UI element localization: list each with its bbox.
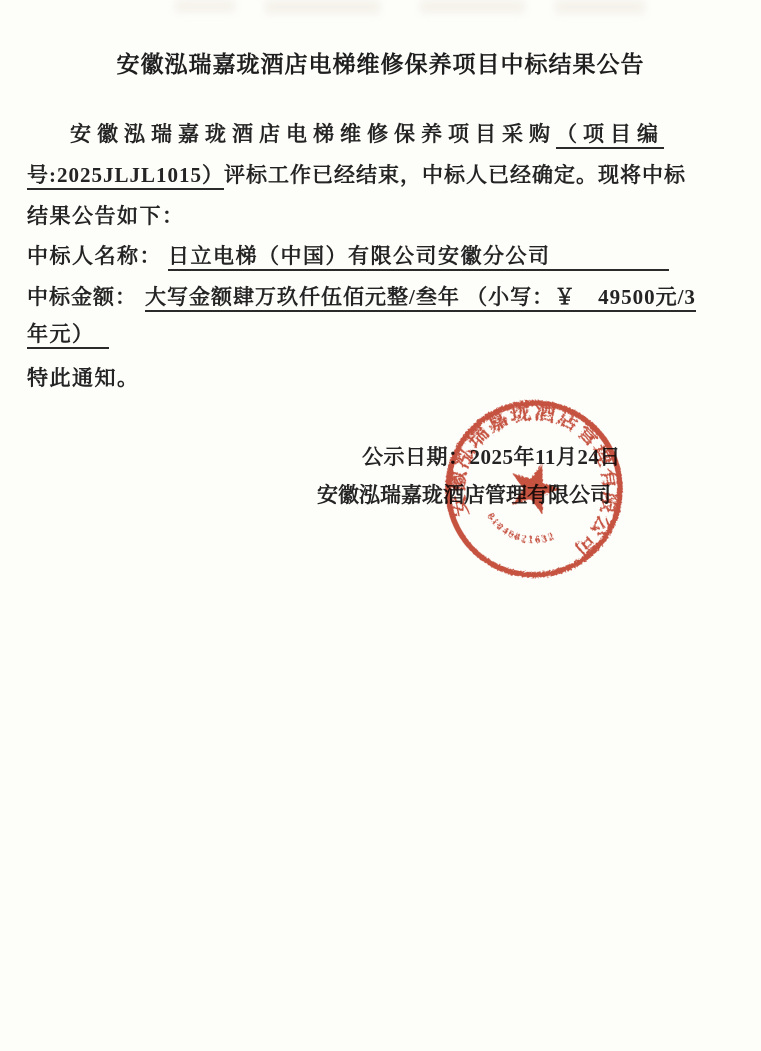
seal-code-text: 01040821632: [480, 509, 560, 555]
paragraph-line-2: 号:2025JLJL1015）评标工作已经结束，中标人已经确定。现将中标: [27, 159, 686, 190]
paragraph-line-1-text: 安徽泓瑞嘉珑酒店电梯维修保养项目采购: [70, 122, 556, 146]
project-number-part-1: （项目编: [556, 121, 664, 149]
top-smudge: [420, 0, 525, 13]
amount-line-continued: 年元）: [27, 321, 109, 349]
amount-value-part-2: 年元）: [27, 321, 109, 349]
seal-code: 01040821632: [480, 509, 560, 555]
winner-name: 日立电梯（中国）有限公司安徽分公司: [168, 243, 669, 271]
seal-star-icon: [503, 455, 567, 517]
amount-line: 中标金额：大写金额肆万玖仟伍佰元整/叁年 （小写：￥ 49500元/3: [27, 281, 696, 312]
notice-line: 特此通知。: [27, 362, 140, 392]
project-number-part-2: 号:2025JLJL1015）: [27, 162, 224, 190]
document-page: 安徽泓瑞嘉珑酒店电梯维修保养项目中标结果公告 安徽泓瑞嘉珑酒店电梯维修保养项目采…: [0, 0, 761, 1051]
top-smudge: [555, 0, 645, 14]
company-seal-stamp: 安徽泓瑞嘉珑酒店管理有限公司 01040821632: [414, 369, 653, 608]
winner-label: 中标人名称：: [27, 244, 162, 268]
amount-label: 中标金额：: [27, 285, 137, 309]
top-smudge: [265, 0, 380, 14]
page-title: 安徽泓瑞嘉珑酒店电梯维修保养项目中标结果公告: [0, 46, 761, 79]
winner-line: 中标人名称：日立电梯（中国）有限公司安徽分公司: [27, 240, 669, 271]
paragraph-line-1: 安徽泓瑞嘉珑酒店电梯维修保养项目采购（项目编: [70, 118, 664, 149]
amount-value-part-1: 大写金额肆万玖仟伍佰元整/叁年 （小写：￥ 49500元/3: [145, 284, 696, 312]
top-smudge: [175, 0, 235, 12]
paragraph-line-3: 结果公告如下：: [27, 200, 185, 230]
paragraph-line-2-text: 评标工作已经结束，中标人已经确定。现将中标: [224, 163, 686, 187]
